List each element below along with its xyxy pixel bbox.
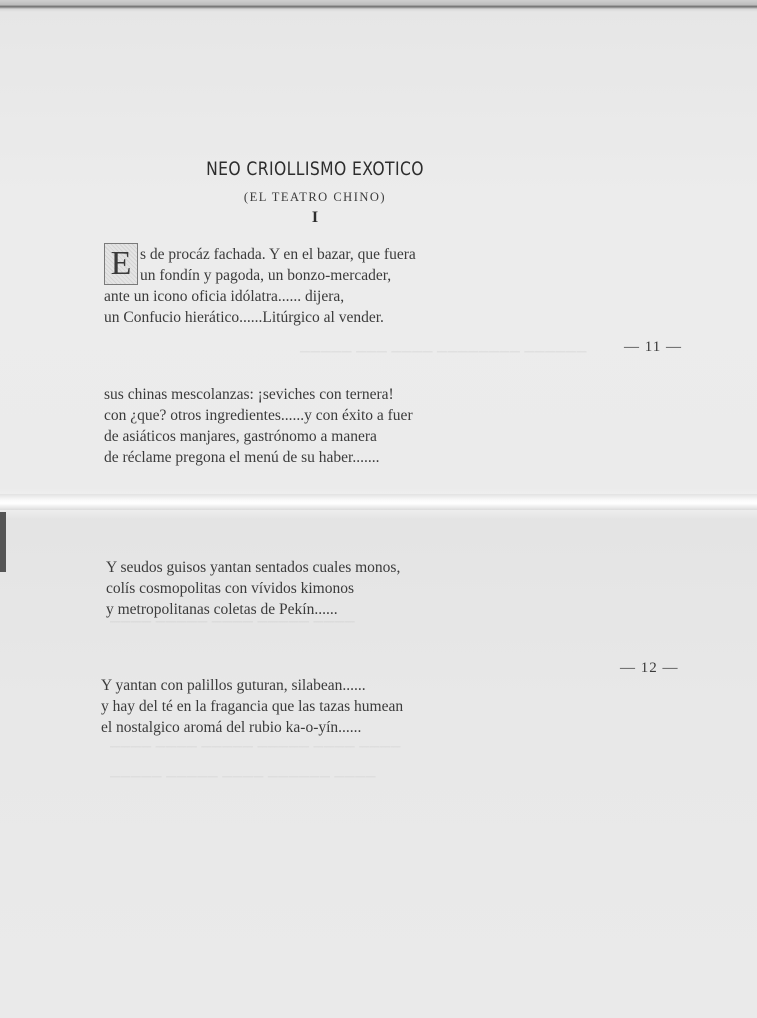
page-top-edge <box>0 0 757 12</box>
page-number-11: — 11 — <box>624 339 682 356</box>
bleed-through-text: ───── ───── ──── ────── ──── <box>110 770 376 786</box>
verse-line: de asiáticos manjares, gastrónomo a mane… <box>104 426 413 447</box>
page-number-12: — 12 — <box>620 660 679 677</box>
verse-line: Y yantan con palillos guturan, silabean.… <box>101 675 403 696</box>
verse-line: s de procáz fachada. Y en el bazar, que … <box>104 244 416 265</box>
verse-line: y hay del té en la fragancia que las taz… <box>101 696 403 717</box>
scanned-page: ───── ─── ──── ──────── ────── ──── ────… <box>0 0 757 1018</box>
verse-line: sus chinas mescolanzas: ¡seviches con te… <box>104 384 413 405</box>
verse-line: ante un icono oficia idólatra...... dije… <box>104 286 416 307</box>
bleed-through-text: ──── ──── ───── ───── ──── ──── <box>110 740 401 756</box>
verse-line: el nostalgico aromá del rubio ka-o-yín..… <box>101 717 403 738</box>
poem-title: NEO CRIOLLISMO EXOTICO <box>57 158 574 180</box>
stanza-3: Y seudos guisos yantan sentados cuales m… <box>106 557 400 620</box>
verse-line: Y seudos guisos yantan sentados cuales m… <box>106 557 400 578</box>
bleed-through-text: ───── ─── ──── ──────── ────── <box>300 345 587 361</box>
stanza-4: Y yantan con palillos guturan, silabean.… <box>101 675 403 738</box>
section-number: I <box>0 209 630 227</box>
verse-line: un fondín y pagoda, un bonzo-mercader, <box>104 265 416 286</box>
verse-line: con ¿que? otros ingredientes......y con … <box>104 405 413 426</box>
page-fold-edge <box>0 512 6 572</box>
poem-subtitle: (EL TEATRO CHINO) <box>0 190 630 205</box>
verse-line: y metropolitanas coletas de Pekín...... <box>106 599 400 620</box>
stanza-1: s de procáz fachada. Y en el bazar, que … <box>104 244 416 328</box>
verse-line: colís cosmopolitas con vívidos kimonos <box>106 578 400 599</box>
stanza-2: sus chinas mescolanzas: ¡seviches con te… <box>104 384 413 468</box>
verse-line: un Confucio hierático......Litúrgico al … <box>104 307 416 328</box>
page-fold <box>0 494 757 510</box>
verse-line: de réclame pregona el menú de su haber..… <box>104 447 413 468</box>
